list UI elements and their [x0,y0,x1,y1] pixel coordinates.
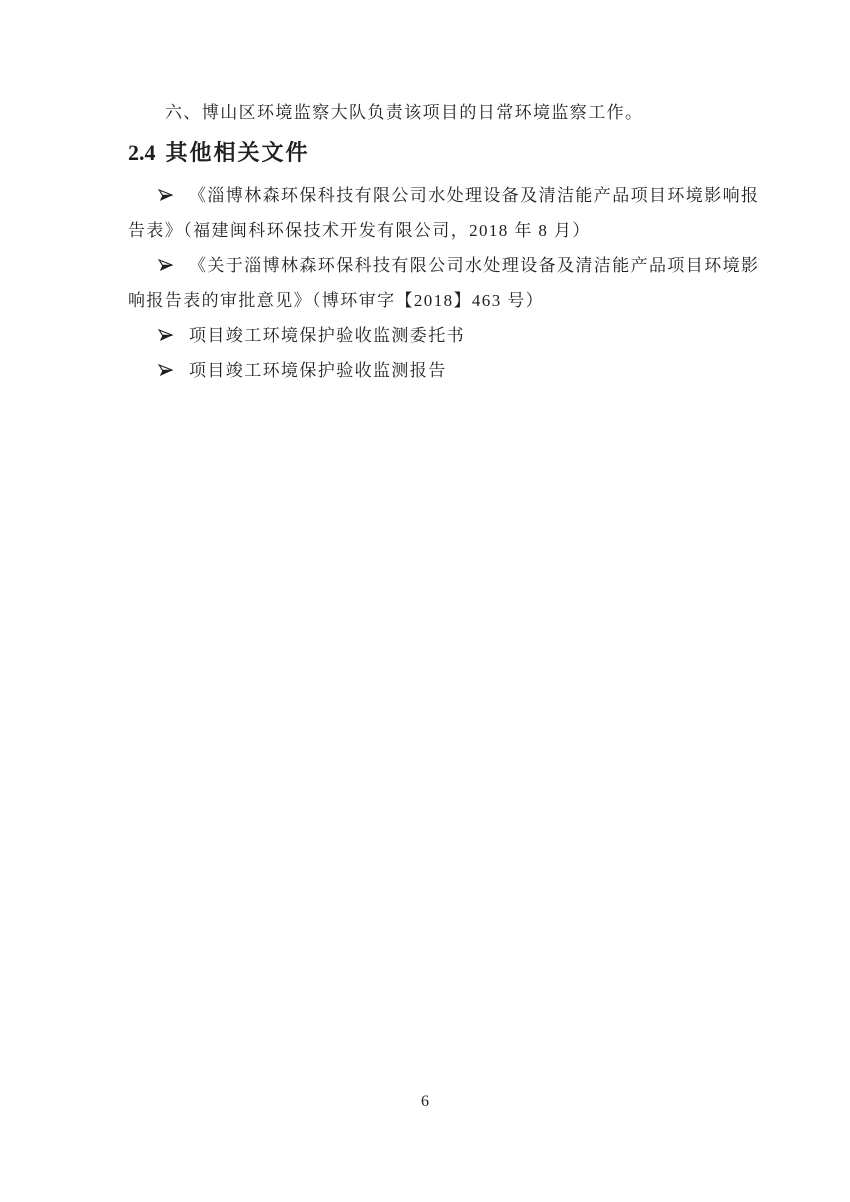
bullet-line: 项目竣工环境保护验收监测报告 [189,361,447,380]
bullet-item: 《淄博林森环保科技有限公司水处理设备及清洁能产品项目环境影响报 [128,178,728,213]
list-arrow-icon [158,329,174,342]
bullet-item: 《关于淄博林森环保科技有限公司水处理设备及清洁能产品项目环境影 [128,248,728,283]
section-title: 其他相关文件 [166,140,310,165]
bullet-line: 响报告表的审批意见》（博环审字【2018】463 号） [128,283,728,318]
page-number: 6 [0,1092,850,1112]
list-arrow-icon [158,189,174,202]
section-number: 2.4 [128,140,156,165]
list-arrow-icon [158,364,174,377]
section-heading: 2.4其他相关文件 [128,138,728,168]
bullet-line: 项目竣工环境保护验收监测委托书 [189,326,465,345]
list-arrow-icon [158,259,174,272]
bullet-line: 《淄博林森环保科技有限公司水处理设备及清洁能产品项目环境影响报 [189,186,759,205]
paragraph-item-six: 六、博山区环境监察大队负责该项目的日常环境监察工作。 [128,95,728,130]
bullet-item: 项目竣工环境保护验收监测报告 [128,353,728,388]
bullet-line: 《关于淄博林森环保科技有限公司水处理设备及清洁能产品项目环境影 [189,256,759,275]
document-content: 六、博山区环境监察大队负责该项目的日常环境监察工作。 2.4其他相关文件 《淄博… [128,95,728,388]
bullet-line: 告表》（福建闽科环保技术开发有限公司，2018 年 8 月） [128,213,728,248]
bullet-item: 项目竣工环境保护验收监测委托书 [128,318,728,353]
document-page: 六、博山区环境监察大队负责该项目的日常环境监察工作。 2.4其他相关文件 《淄博… [0,0,850,1202]
bullet-list: 《淄博林森环保科技有限公司水处理设备及清洁能产品项目环境影响报 告表》（福建闽科… [128,178,728,388]
